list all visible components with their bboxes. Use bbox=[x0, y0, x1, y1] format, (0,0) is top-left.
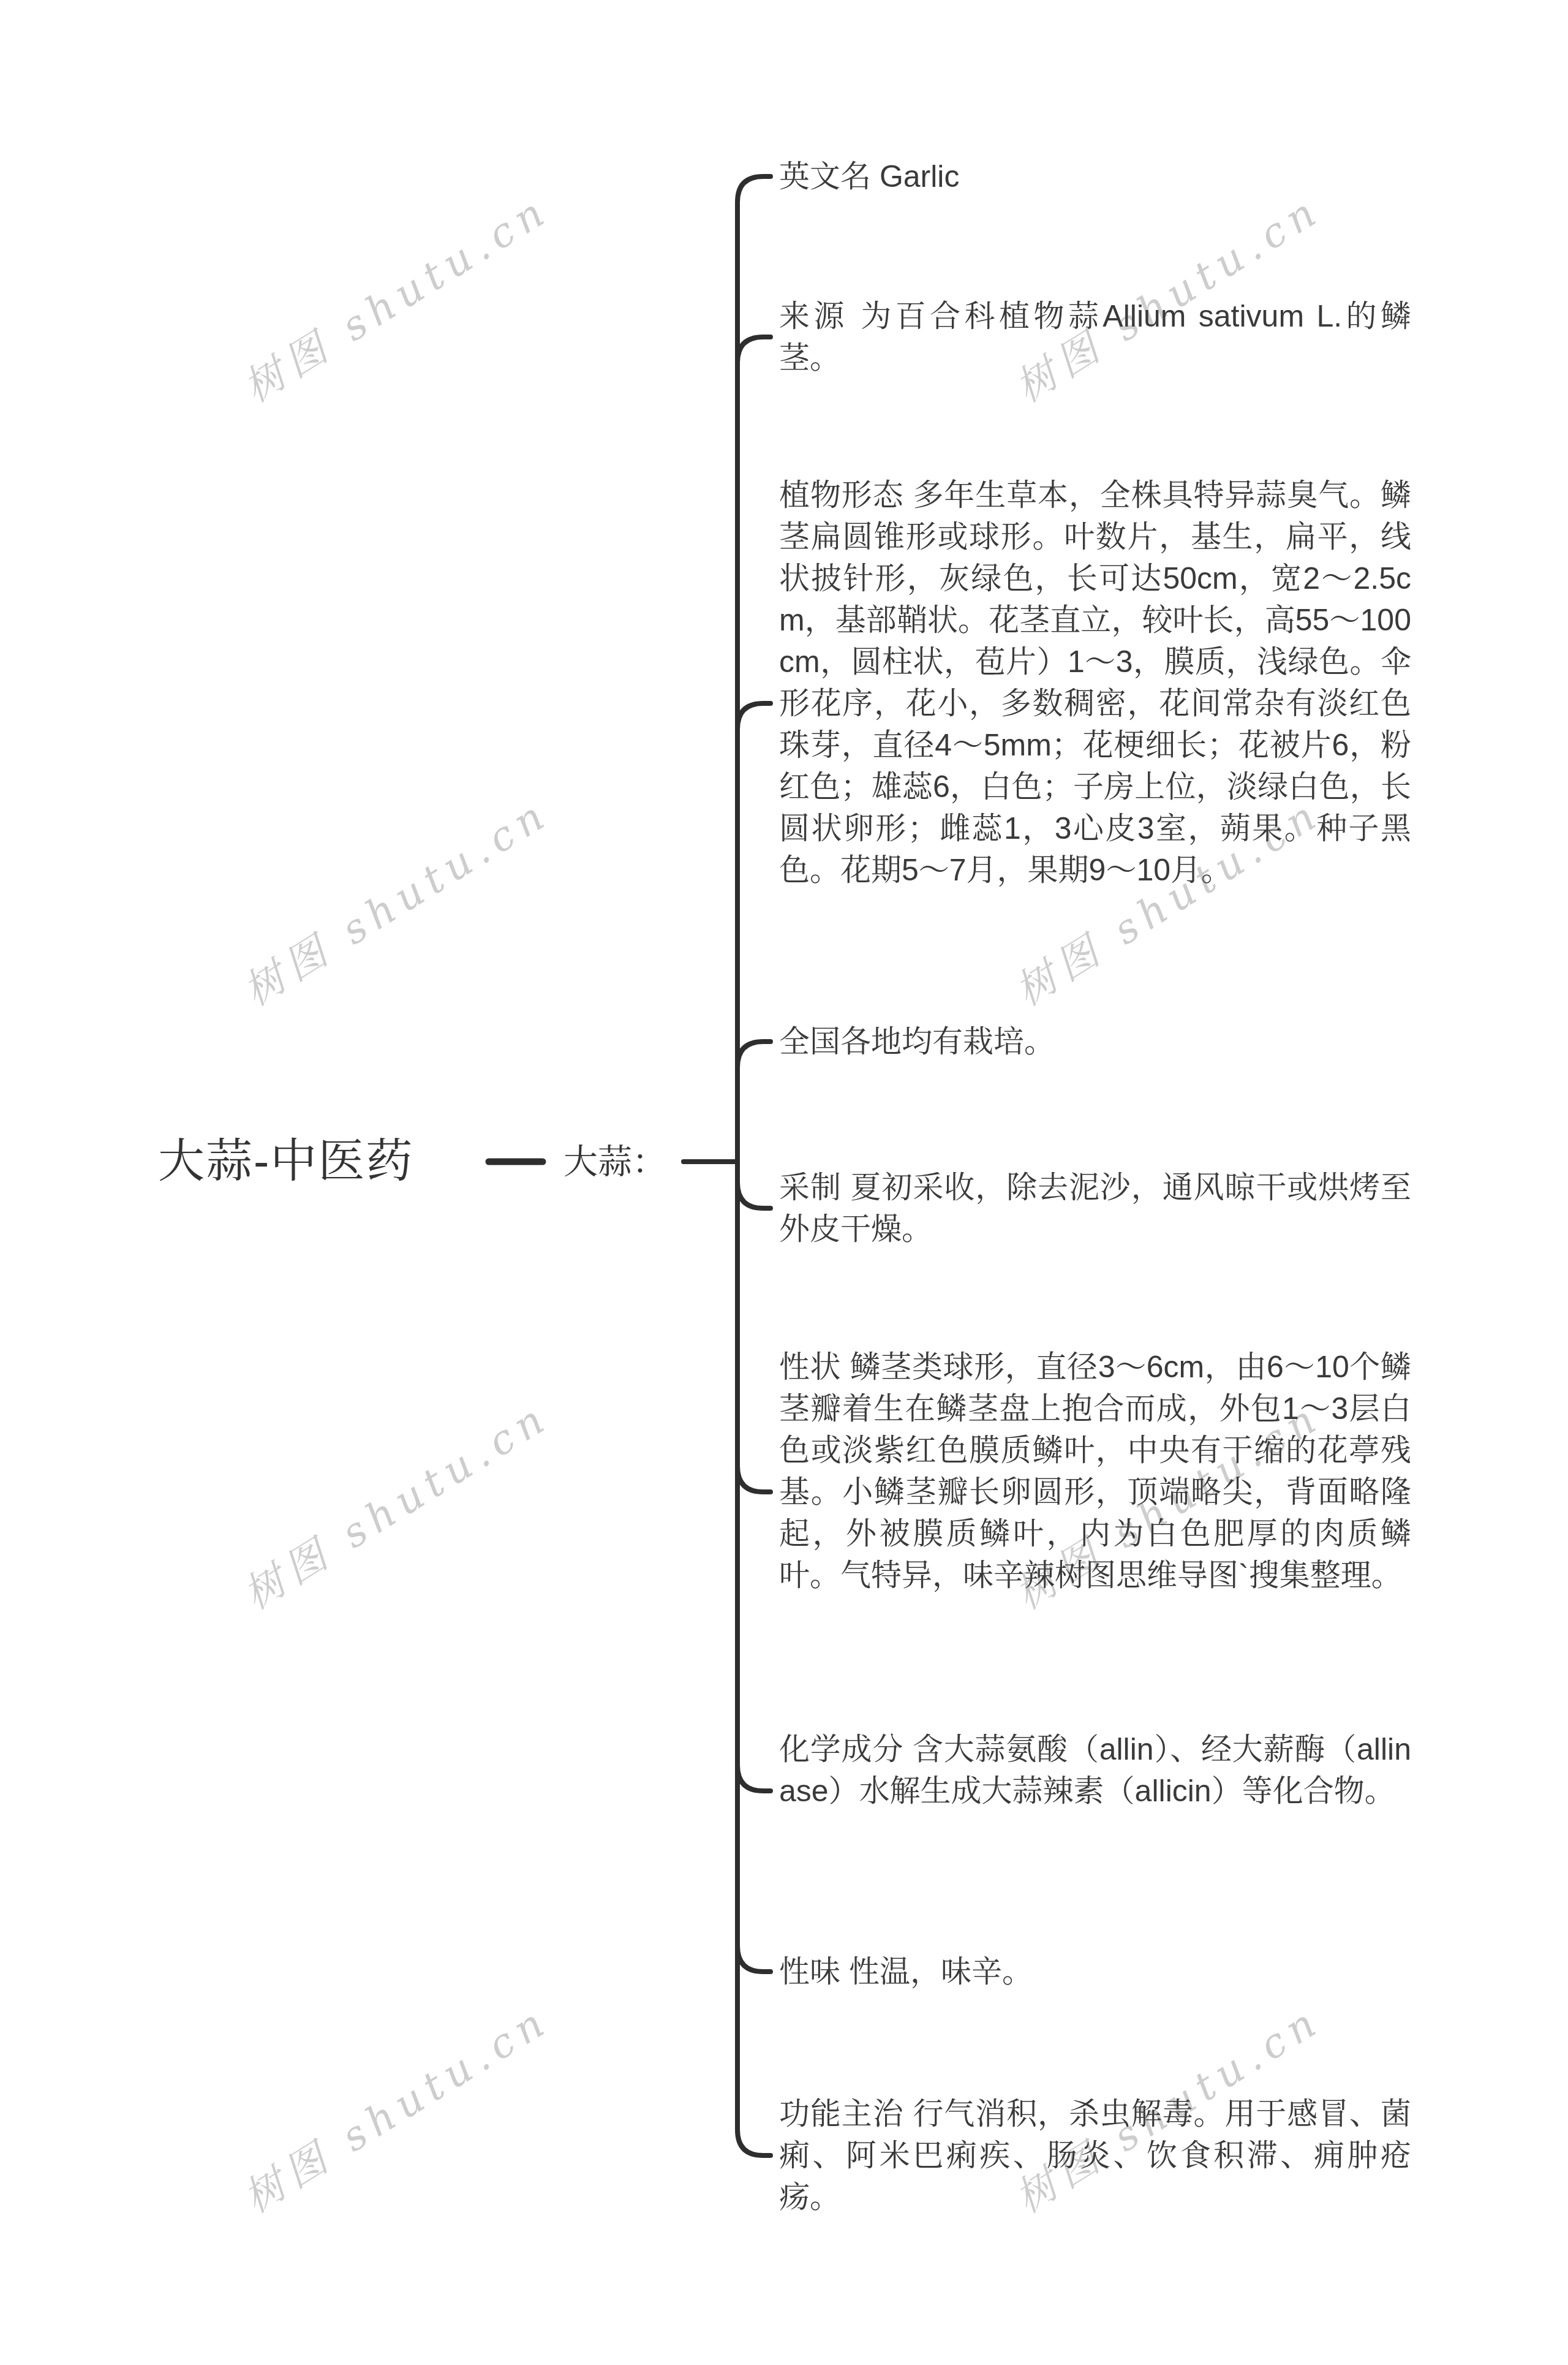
connector-path bbox=[737, 176, 771, 2155]
connector-path bbox=[737, 1466, 771, 1492]
mindmap-canvas: 树图 shutu.cn树图 shutu.cn树图 shutu.cn树图 shut… bbox=[0, 0, 1568, 2365]
branch-plant-morphology[interactable]: 植物形态 多年生草本，全株具特异蒜臭气。鳞茎扁圆锥形或球形。叶数片，基生，扁平，… bbox=[779, 474, 1411, 891]
branch-functions-indications[interactable]: 功能主治 行气消积，杀虫解毒。用于感冒、菌痢、阿米巴痢疾、肠炎、饮食积滞、痈肿疮… bbox=[779, 2093, 1411, 2218]
branch-chemical-composition[interactable]: 化学成分 含大蒜氨酸（allin）、经大薪酶（allinase）水解生成大蒜辣素… bbox=[779, 1728, 1411, 1812]
connector-path bbox=[737, 1042, 771, 1067]
connector-path bbox=[737, 1765, 771, 1791]
branch-characteristics[interactable]: 性状 鳞茎类球形，直径3～6cm，由6～10个鳞茎瓣着生在鳞茎盘上抱合而成，外包… bbox=[779, 1346, 1411, 1596]
topic-node[interactable]: 大蒜： bbox=[563, 1141, 666, 1182]
root-node[interactable]: 大蒜-中医药 bbox=[158, 1134, 413, 1189]
branch-source[interactable]: 来源 为百合科植物蒜Allium sativum L.的鳞茎。 bbox=[779, 295, 1411, 379]
connector-path bbox=[737, 703, 771, 729]
branch-harvesting[interactable]: 采制 夏初采收，除去泥沙，通风晾干或烘烤至外皮干燥。 bbox=[779, 1167, 1411, 1250]
branch-english-name[interactable]: 英文名 Garlic bbox=[779, 156, 1411, 197]
connector-path bbox=[737, 337, 771, 363]
branch-nature-flavor[interactable]: 性味 性温，味辛。 bbox=[779, 1951, 1411, 1992]
connector-path bbox=[737, 1946, 771, 1972]
branch-cultivation[interactable]: 全国各地均有栽培。 bbox=[779, 1021, 1411, 1062]
connector-path bbox=[737, 1182, 771, 1208]
